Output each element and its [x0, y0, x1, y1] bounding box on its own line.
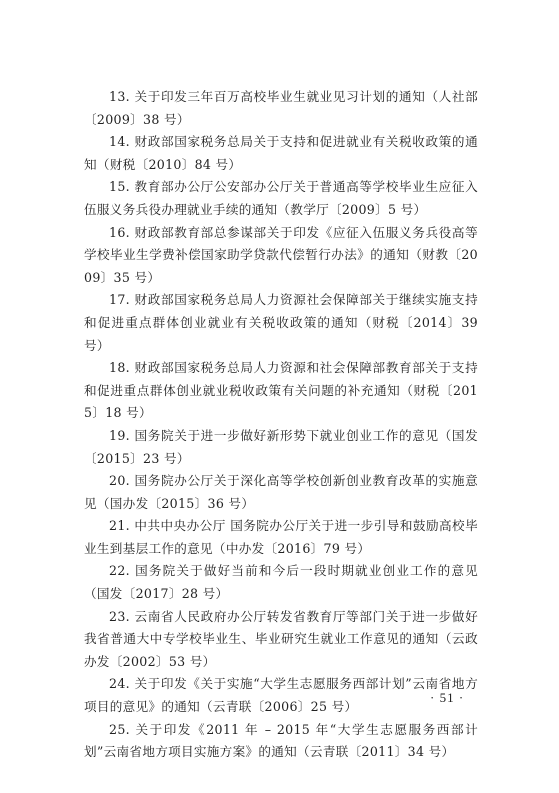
list-item-22: 22. 国务院关于做好当前和今后一段时期就业创业工作的意见（国发〔2017〕28…	[84, 560, 478, 605]
list-item-15: 15. 教育部办公厅公安部办公厅关于普通高等学校毕业生应征入伍服义务兵役办理就业…	[84, 176, 478, 221]
document-page: 13. 关于印发三年百万高校毕业生就业见习计划的通知（人社部〔2009〕38 号…	[0, 0, 559, 793]
list-item-21: 21. 中共中央办公厅 国务院办公厅关于进一步引导和鼓励高校毕业生到基层工作的意…	[84, 515, 478, 560]
page-number: · 51 ·	[430, 690, 464, 706]
list-item-18: 18. 财政部国家税务总局人力资源和社会保障部教育部关于支持和促进重点群体创业就…	[84, 357, 478, 425]
list-item-24: 24. 关于印发《关于实施“大学生志愿服务西部计划”云南省地方项目的意见》的通知…	[84, 673, 478, 718]
list-item-20: 20. 国务院办公厅关于深化高等学校创新创业教育改革的实施意见（国办发〔2015…	[84, 470, 478, 515]
list-item-14: 14. 财政部国家税务总局关于支持和促进就业有关税收政策的通知（财税〔2010〕…	[84, 131, 478, 176]
list-item-19: 19. 国务院关于进一步做好新形势下就业创业工作的意见（国发〔2015〕23 号…	[84, 425, 478, 470]
list-item-25: 25. 关于印发《2011 年 – 2015 年“大学生志愿服务西部计划”云南省…	[84, 719, 478, 764]
reference-list: 13. 关于印发三年百万高校毕业生就业见习计划的通知（人社部〔2009〕38 号…	[84, 86, 478, 764]
list-item-13: 13. 关于印发三年百万高校毕业生就业见习计划的通知（人社部〔2009〕38 号…	[84, 86, 478, 131]
list-item-23: 23. 云南省人民政府办公厅转发省教育厅等部门关于进一步做好我省普通大中专学校毕…	[84, 606, 478, 674]
list-item-16: 16. 财政部教育部总参谋部关于印发《应征入伍服义务兵役高等学校毕业生学费补偿国…	[84, 222, 478, 290]
list-item-17: 17. 财政部国家税务总局人力资源社会保障部关于继续实施支持和促进重点群体创业就…	[84, 289, 478, 357]
